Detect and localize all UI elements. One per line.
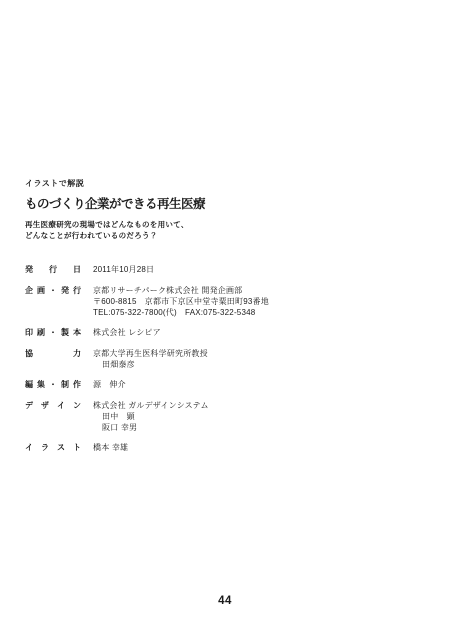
colophon-row-design: デザイン 株式会社 ガルデザインシステム 田中 顕 阪口 幸男 bbox=[25, 400, 430, 433]
colophon-value: 株式会社 ガルデザインシステム bbox=[93, 400, 430, 411]
colophon-label: 編集・制作 bbox=[25, 379, 81, 390]
colophon-label: 協力 bbox=[25, 348, 81, 359]
series-tagline: イラストで解説 bbox=[25, 178, 425, 189]
colophon-value: 〒600-8815 京都市下京区中堂寺粟田町93番地 bbox=[93, 296, 430, 307]
colophon: 発行日 2011年10月28日 企画・発行 京都リサーチパーク株式会社 開発企画… bbox=[25, 264, 430, 463]
colophon-value: 2011年10月28日 bbox=[93, 264, 430, 275]
colophon-row-publisher: 企画・発行 京都リサーチパーク株式会社 開発企画部 〒600-8815 京都市下… bbox=[25, 285, 430, 318]
colophon-label: デザイン bbox=[25, 400, 81, 411]
colophon-row-illustration: イラスト 橋本 幸雄 bbox=[25, 442, 430, 453]
colophon-label: イラスト bbox=[25, 442, 81, 453]
colophon-values: 株式会社 レシピア bbox=[93, 327, 430, 338]
subtitle-line-2: どんなことが行われているのだろう？ bbox=[25, 231, 425, 242]
colophon-value: 橋本 幸雄 bbox=[93, 442, 430, 453]
colophon-label: 印刷・製本 bbox=[25, 327, 81, 338]
colophon-value: 田畑泰彦 bbox=[93, 359, 430, 370]
colophon-row-cooperation: 協力 京都大学再生医科学研究所教授 田畑泰彦 bbox=[25, 348, 430, 370]
colophon-value: 京都大学再生医科学研究所教授 bbox=[93, 348, 430, 359]
subtitle-line-1: 再生医療研究の現場ではどんなものを用いて、 bbox=[25, 220, 425, 231]
colophon-label: 発行日 bbox=[25, 264, 81, 275]
colophon-value: 田中 顕 bbox=[93, 411, 430, 422]
colophon-value: TEL:075-322-7800(代) FAX:075-322-5348 bbox=[93, 307, 430, 318]
colophon-row-publication-date: 発行日 2011年10月28日 bbox=[25, 264, 430, 275]
colophon-values: 2011年10月28日 bbox=[93, 264, 430, 275]
colophon-page: イラストで解説 ものづくり企業ができる再生医療 再生医療研究の現場ではどんなもの… bbox=[0, 0, 450, 623]
colophon-values: 京都大学再生医科学研究所教授 田畑泰彦 bbox=[93, 348, 430, 370]
colophon-value: 株式会社 レシピア bbox=[93, 327, 430, 338]
title-block: イラストで解説 ものづくり企業ができる再生医療 再生医療研究の現場ではどんなもの… bbox=[25, 178, 425, 241]
colophon-values: 源 伸介 bbox=[93, 379, 430, 390]
colophon-values: 株式会社 ガルデザインシステム 田中 顕 阪口 幸男 bbox=[93, 400, 430, 433]
colophon-value: 阪口 幸男 bbox=[93, 422, 430, 433]
colophon-value: 源 伸介 bbox=[93, 379, 430, 390]
colophon-row-editing: 編集・制作 源 伸介 bbox=[25, 379, 430, 390]
page-number: 44 bbox=[0, 595, 450, 607]
colophon-label: 企画・発行 bbox=[25, 285, 81, 296]
colophon-values: 京都リサーチパーク株式会社 開発企画部 〒600-8815 京都市下京区中堂寺粟… bbox=[93, 285, 430, 318]
colophon-value: 京都リサーチパーク株式会社 開発企画部 bbox=[93, 285, 430, 296]
colophon-row-printing: 印刷・製本 株式会社 レシピア bbox=[25, 327, 430, 338]
colophon-values: 橋本 幸雄 bbox=[93, 442, 430, 453]
book-title: ものづくり企業ができる再生医療 bbox=[25, 194, 425, 212]
